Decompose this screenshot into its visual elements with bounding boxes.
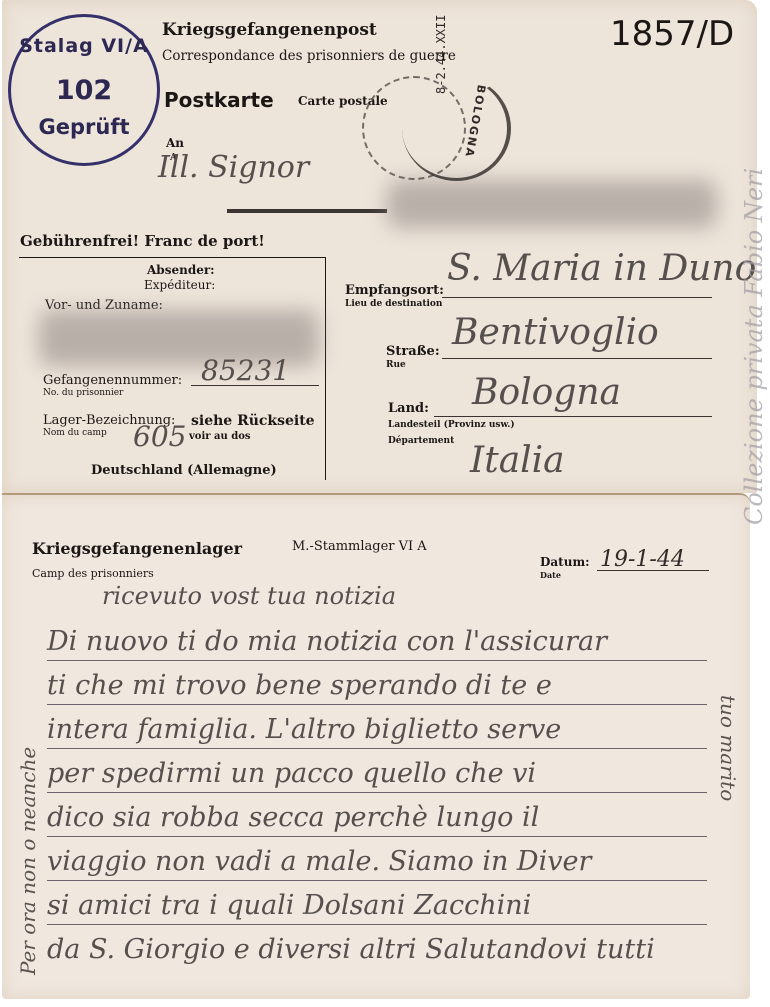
date-label-fr: Date <box>540 570 561 580</box>
date-value: 19-1-44 <box>600 547 685 572</box>
date-label: Datum: <box>540 555 590 569</box>
camp-see-back-fr: voir au dos <box>189 431 251 442</box>
watermark: Collezione privata Fabio Neri <box>740 168 768 525</box>
stamp-label: Geprüft <box>11 115 157 139</box>
street-value: Bentivoglio <box>452 312 659 353</box>
censor-stamp: Stalag VI/A 102 Geprüft <box>8 14 160 166</box>
destination-label-fr: Lieu de destination <box>345 299 442 309</box>
street-line <box>442 358 712 359</box>
postmark-date: 8-2.44.XXII <box>434 15 448 94</box>
letter-line: Di nuovo ti do mia notizia con l'assicur… <box>47 626 607 657</box>
to-label: An <box>166 136 184 150</box>
card-title-de: Kriegsgefangenenpost <box>162 20 377 40</box>
addressee-handwritten: Ill. Signor <box>158 150 309 185</box>
country-value: Italia <box>470 440 565 481</box>
street-label: Straße: <box>386 344 440 359</box>
letter-ruled-line <box>47 792 707 793</box>
letter-ruled-line <box>47 836 707 837</box>
postcard-back: Kriegsgefangenenlager M.-Stammlager VI A… <box>2 493 750 999</box>
letter-line: intera famiglia. L'altro biglietto serve <box>47 714 561 745</box>
destination-label: Empfangsort: <box>345 283 444 298</box>
postmark-ring-outer <box>402 76 511 181</box>
redacted-name <box>387 180 717 228</box>
letter-line: per spedirmi un pacco quello che vi <box>47 758 536 789</box>
sender-country: Deutschland (Allemagne) <box>91 463 277 478</box>
sender-heading-fr: Expéditeur: <box>144 278 215 292</box>
free-postage: Gebührenfrei! Franc de port! <box>20 232 265 250</box>
land-value: Bologna <box>472 372 621 413</box>
camp-see-back: siehe Rückseite <box>191 413 315 429</box>
letter-ruled-line <box>47 748 707 749</box>
destination-line <box>442 297 712 298</box>
land-line <box>434 416 712 417</box>
margin-note-left: Per ora non o neanche <box>16 747 40 975</box>
letter-line: ti che mi trovo bene sperando di te e <box>47 670 552 701</box>
land-label-fr: Département <box>388 436 454 446</box>
sender-heading: Absender: <box>147 263 215 277</box>
letter-line: viaggio non vadi a male. Siamo in Diver <box>47 846 591 877</box>
back-title-de: Kriegsgefangenenlager <box>32 539 242 558</box>
archive-number: 1857/D <box>610 14 734 54</box>
postkarte-label: Postkarte <box>164 88 274 112</box>
letter-line: si amici tra i quali Dolsani Zacchini <box>47 890 531 921</box>
letter-ruled-line <box>47 704 707 705</box>
sender-box: Absender: Expéditeur: Vor- und Zuname: G… <box>19 257 326 480</box>
letter-line: ricevuto vost tua notizia <box>102 582 396 610</box>
land-label: Land: <box>388 401 429 416</box>
destination-value: S. Maria in Duno <box>447 248 756 289</box>
land-sub-label: Landesteil (Provinz usw.) <box>388 420 515 430</box>
camp-value: 605 <box>133 420 186 453</box>
strike-out <box>227 209 387 213</box>
card-title-fr: Correspondance des prisonniers de guerre <box>162 48 456 64</box>
camp-name: M.-Stammlager VI A <box>292 539 427 554</box>
letter-ruled-line <box>47 660 707 661</box>
prisoner-number-value: 85231 <box>201 354 290 387</box>
postcard-front: Stalag VI/A 102 Geprüft Kriegsgefangenen… <box>2 0 757 493</box>
letter-ruled-line <box>47 880 707 881</box>
prisoner-number-label-fr: No. du prisonnier <box>43 388 123 398</box>
stamp-arc-text: Stalag VI/A <box>11 35 157 57</box>
back-title-fr: Camp des prisonniers <box>32 567 154 580</box>
letter-ruled-line <box>47 924 707 925</box>
camp-label-fr: Nom du camp <box>43 428 107 438</box>
letter-line: dico sia robba secca perchè lungo il <box>47 802 539 833</box>
stamp-number: 102 <box>11 75 157 106</box>
prisoner-number-label: Gefangenennummer: <box>43 373 182 388</box>
street-label-fr: Rue <box>386 360 406 370</box>
letter-line: da S. Giorgio e diversi altri Salutandov… <box>47 934 655 965</box>
margin-note-right: tuo marito <box>716 695 740 801</box>
